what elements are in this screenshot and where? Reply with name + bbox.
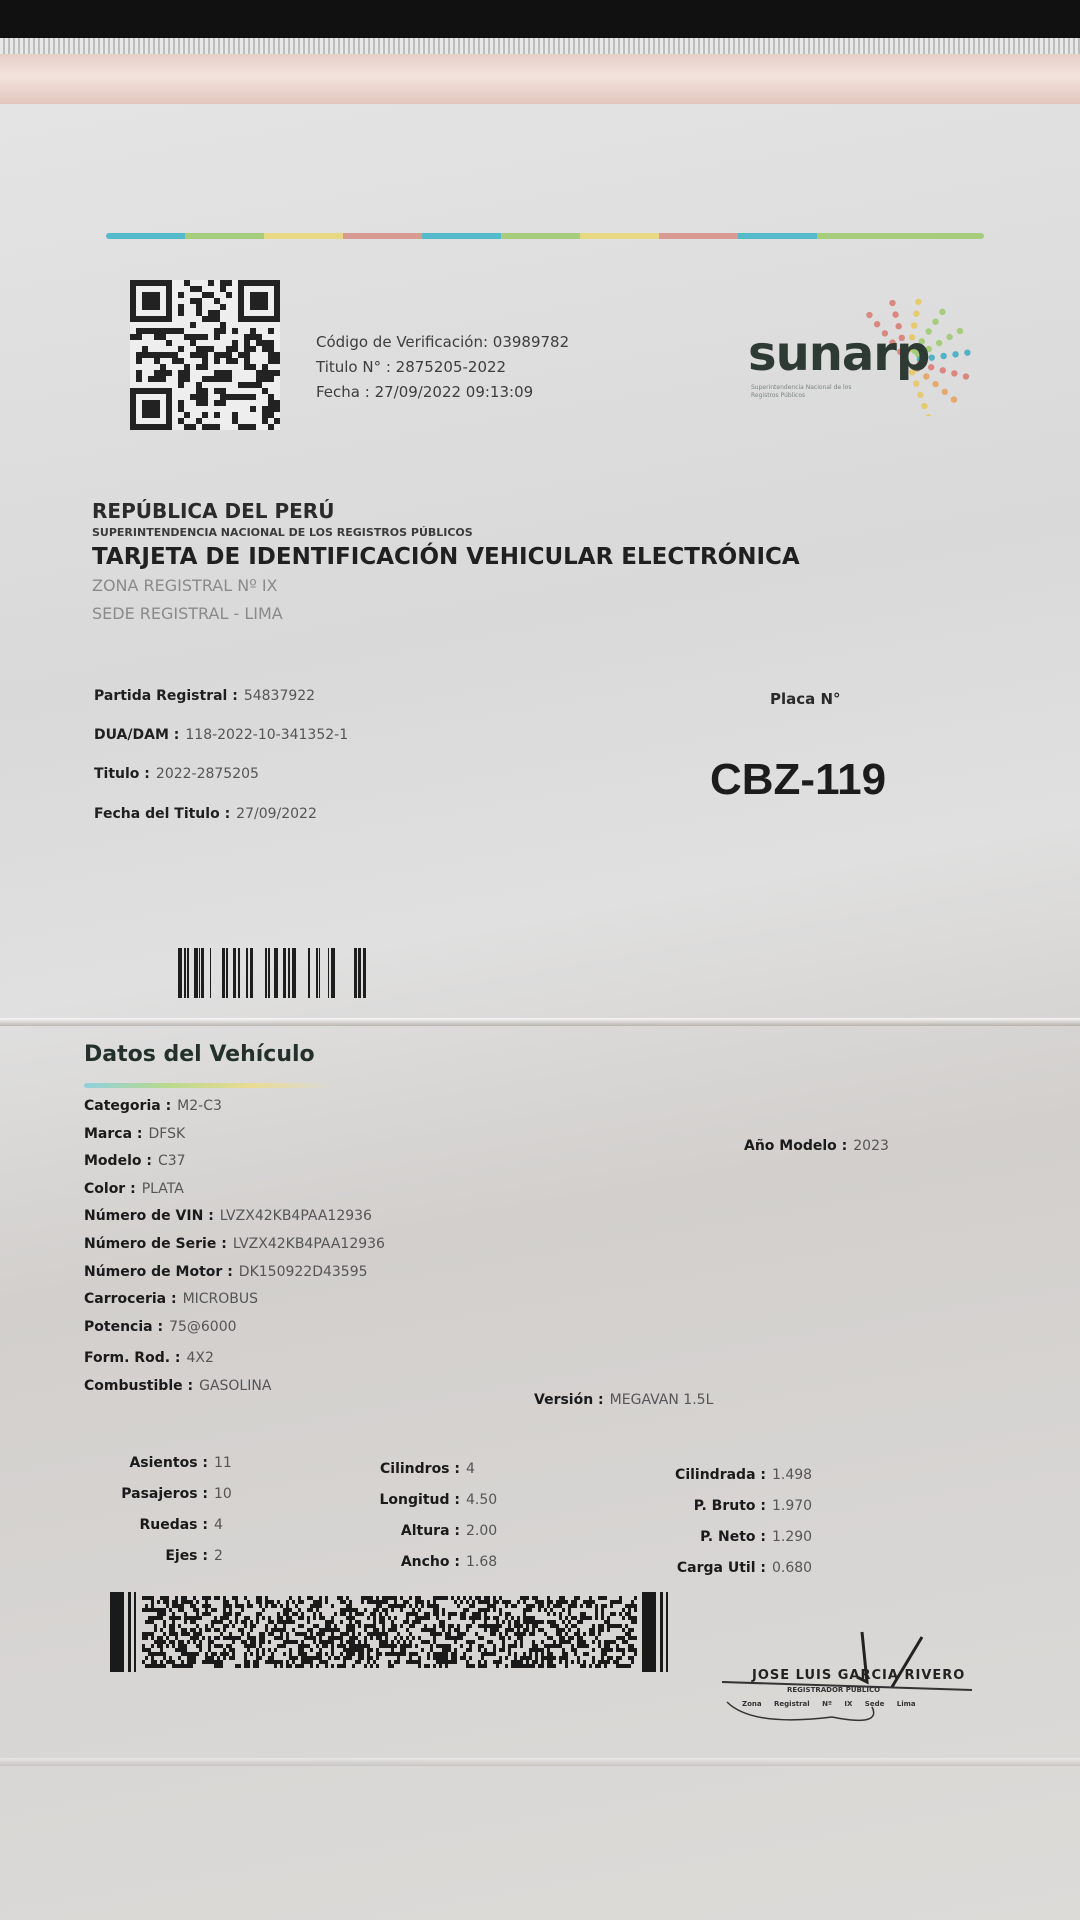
- field-value: 0.680: [772, 1560, 812, 1576]
- verification-code: Código de Verificación: 03989782: [316, 330, 569, 355]
- logo-subtitle: Superintendencia Nacional de los Registr…: [751, 384, 871, 400]
- spec-row: P. Bruto :1.970: [606, 1498, 812, 1514]
- spec-row: Carga Util :0.680: [606, 1560, 812, 1576]
- field-label: Partida Registral :: [94, 688, 238, 704]
- spec-row: Cilindrada :1.498: [606, 1467, 812, 1483]
- field-label: Combustible :: [84, 1378, 193, 1394]
- field-value: 4X2: [187, 1350, 214, 1366]
- field-value: 4.50: [466, 1492, 497, 1508]
- spec-row: Ruedas :4: [48, 1517, 223, 1533]
- field-label: Cilindrada :: [606, 1467, 766, 1483]
- vehicle-field-row: Número de Motor :DK150922D43595: [84, 1264, 368, 1280]
- field-label: Color :: [84, 1181, 136, 1197]
- spec-row: Longitud :4.50: [300, 1492, 497, 1508]
- field-label: Carga Util :: [606, 1560, 766, 1576]
- logo-text: sunarp: [748, 326, 929, 382]
- vehicle-field-row: Color :PLATA: [84, 1181, 184, 1197]
- field-label: Ruedas :: [48, 1517, 208, 1533]
- title-number: Titulo N° : 2875205-2022: [316, 355, 569, 380]
- version: Versión :MEGAVAN 1.5L: [534, 1392, 713, 1408]
- spec-row: Ejes :2: [48, 1548, 223, 1564]
- registry-row: Partida Registral :54837922: [94, 688, 315, 704]
- pdf417-barcode[interactable]: [110, 1592, 675, 1672]
- field-label: Pasajeros :: [48, 1486, 208, 1502]
- registry-office: SEDE REGISTRAL - LIMA: [92, 600, 800, 628]
- field-label: P. Neto :: [606, 1529, 766, 1545]
- signer-name: JOSE LUIS GARCIA RIVERO: [752, 1668, 965, 1683]
- section-underline: [84, 1083, 334, 1088]
- vehicle-field-row: Categoria :M2-C3: [84, 1098, 222, 1114]
- field-value: 2022-2875205: [156, 766, 259, 782]
- field-value: 10: [214, 1486, 232, 1502]
- plate-number: CBZ-119: [710, 755, 886, 805]
- field-label: Carroceria :: [84, 1291, 177, 1307]
- field-value: 27/09/2022: [236, 806, 317, 822]
- spec-row: Cilindros :4: [300, 1461, 475, 1477]
- field-value: M2-C3: [177, 1098, 222, 1114]
- field-label: Cilindros :: [300, 1461, 460, 1477]
- field-value: 118-2022-10-341352-1: [185, 727, 348, 743]
- field-label: Número de Motor :: [84, 1264, 233, 1280]
- field-value: LVZX42KB4PAA12936: [233, 1236, 385, 1252]
- field-value: 54837922: [244, 688, 315, 704]
- spec-row: P. Neto :1.290: [606, 1529, 812, 1545]
- vehicle-field-row: Modelo :C37: [84, 1153, 186, 1169]
- field-value: DK150922D43595: [239, 1264, 368, 1280]
- field-value: 2: [214, 1548, 223, 1564]
- field-value: LVZX42KB4PAA12936: [220, 1208, 372, 1224]
- field-value: 2.00: [466, 1523, 497, 1539]
- registry-row: Fecha del Titulo :27/09/2022: [94, 806, 317, 822]
- field-value: GASOLINA: [199, 1378, 271, 1394]
- plate-label: Placa N°: [770, 690, 841, 708]
- registry-row: Titulo :2022-2875205: [94, 766, 259, 782]
- plastic-sleeve-edge: [0, 38, 1080, 54]
- field-value: C37: [158, 1153, 186, 1169]
- spec-row: Altura :2.00: [300, 1523, 497, 1539]
- field-label: Asientos :: [48, 1455, 208, 1471]
- field-label: Modelo :: [84, 1153, 152, 1169]
- signature-block: JOSE LUIS GARCIA RIVERO REGISTRADOR PUBL…: [712, 1612, 982, 1722]
- paper-fold: [0, 1018, 1080, 1026]
- field-label: Titulo :: [94, 766, 150, 782]
- vehicle-field-row: Marca :DFSK: [84, 1126, 185, 1142]
- field-label: Ejes :: [48, 1548, 208, 1564]
- model-year: Año Modelo :2023: [744, 1138, 889, 1154]
- field-label: Ancho :: [300, 1554, 460, 1570]
- field-value: 75@6000: [169, 1319, 236, 1335]
- vehicle-field-row: Form. Rod. :4X2: [84, 1350, 214, 1366]
- field-label: Marca :: [84, 1126, 143, 1142]
- field-label: Altura :: [300, 1523, 460, 1539]
- field-value: 1.68: [466, 1554, 497, 1570]
- color-strip: [106, 233, 984, 239]
- document-header: REPÚBLICA DEL PERÚ SUPERINTENDENCIA NACI…: [92, 498, 800, 628]
- background-dark: [0, 0, 1080, 42]
- signer-zone: Zona Registral Nº IX Sede Lima: [742, 1700, 916, 1708]
- field-label: Número de VIN :: [84, 1208, 214, 1224]
- vehicle-field-row: Potencia :75@6000: [84, 1319, 237, 1335]
- spec-row: Pasajeros :10: [48, 1486, 232, 1502]
- paper-fold: [0, 1758, 1080, 1766]
- field-value: 1.290: [772, 1529, 812, 1545]
- field-value: 1.970: [772, 1498, 812, 1514]
- vehicle-field-row: Carroceria :MICROBUS: [84, 1291, 258, 1307]
- field-label: Longitud :: [300, 1492, 460, 1508]
- verification-block: Código de Verificación: 03989782 Titulo …: [316, 330, 569, 405]
- country-title: REPÚBLICA DEL PERÚ: [92, 498, 800, 524]
- field-value: DFSK: [149, 1126, 186, 1142]
- vehicle-field-row: Número de VIN :LVZX42KB4PAA12936: [84, 1208, 372, 1224]
- field-label: Potencia :: [84, 1319, 163, 1335]
- issue-date: Fecha : 27/09/2022 09:13:09: [316, 380, 569, 405]
- agency-name: SUPERINTENDENCIA NACIONAL DE LOS REGISTR…: [92, 524, 800, 542]
- field-label: Form. Rod. :: [84, 1350, 181, 1366]
- field-value: 4: [214, 1517, 223, 1533]
- barcode: [178, 948, 366, 998]
- spec-row: Asientos :11: [48, 1455, 232, 1471]
- sunarp-logo: sunarp Superintendencia Nacional de los …: [748, 286, 998, 416]
- vehicle-field-row: Combustible :GASOLINA: [84, 1378, 271, 1394]
- vehicle-field-row: Número de Serie :LVZX42KB4PAA12936: [84, 1236, 385, 1252]
- field-value: 1.498: [772, 1467, 812, 1483]
- document-title: TARJETA DE IDENTIFICACIÓN VEHICULAR ELEC…: [92, 542, 800, 572]
- field-label: Categoria :: [84, 1098, 171, 1114]
- sleeve-band: [0, 54, 1080, 104]
- field-value: PLATA: [142, 1181, 184, 1197]
- field-value: 4: [466, 1461, 475, 1477]
- signer-role: REGISTRADOR PUBLICO: [787, 1686, 880, 1694]
- qr-code[interactable]: [130, 280, 280, 430]
- field-label: P. Bruto :: [606, 1498, 766, 1514]
- field-label: Fecha del Titulo :: [94, 806, 230, 822]
- registry-row: DUA/DAM :118-2022-10-341352-1: [94, 727, 348, 743]
- spec-row: Ancho :1.68: [300, 1554, 497, 1570]
- field-value: MICROBUS: [183, 1291, 258, 1307]
- section-title: Datos del Vehículo: [84, 1042, 315, 1067]
- field-label: DUA/DAM :: [94, 727, 179, 743]
- field-label: Número de Serie :: [84, 1236, 227, 1252]
- field-value: 11: [214, 1455, 232, 1471]
- registry-zone: ZONA REGISTRAL Nº IX: [92, 572, 800, 600]
